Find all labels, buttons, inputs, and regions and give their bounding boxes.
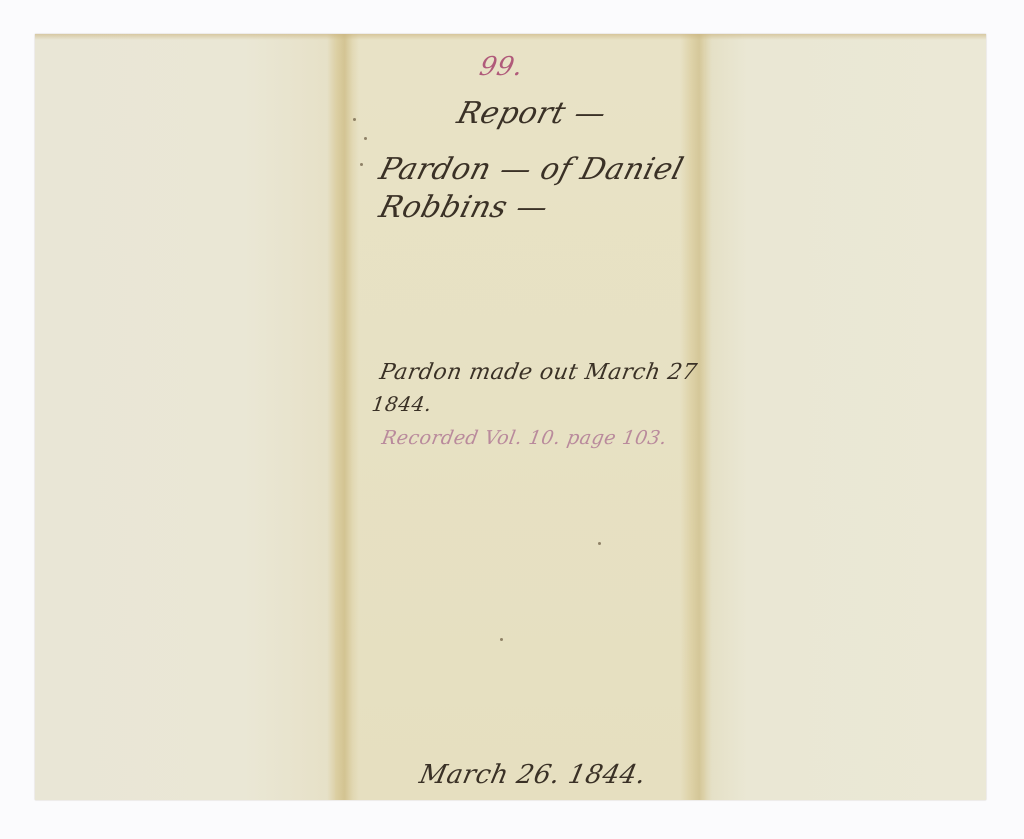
ink-speck (598, 542, 601, 545)
left-panel (35, 34, 335, 800)
right-panel (705, 34, 986, 800)
paper-sheet (35, 34, 986, 800)
top-edge-stain (35, 34, 986, 40)
docket-subject-line1: Pardon — of Daniel (375, 152, 687, 187)
docket-title: Report — (453, 96, 610, 131)
ink-speck (353, 118, 356, 121)
docket-date: March 26. 1844. (417, 760, 649, 790)
ink-speck (360, 163, 363, 166)
right-fold-line (680, 34, 712, 800)
docket-subject-line2: Robbins — (375, 190, 552, 225)
pardon-made-year: 1844. (370, 392, 433, 416)
document-scan: 99. Report — Pardon — of Daniel Robbins … (0, 0, 1024, 839)
left-fold-line (327, 34, 359, 800)
docket-number: 99. (477, 52, 526, 82)
recorded-note: Recorded Vol. 10. page 103. (380, 427, 669, 449)
pardon-made-note: Pardon made out March 27 (378, 360, 699, 385)
ink-speck (364, 137, 367, 140)
ink-speck (500, 638, 503, 641)
middle-panel (335, 34, 705, 800)
